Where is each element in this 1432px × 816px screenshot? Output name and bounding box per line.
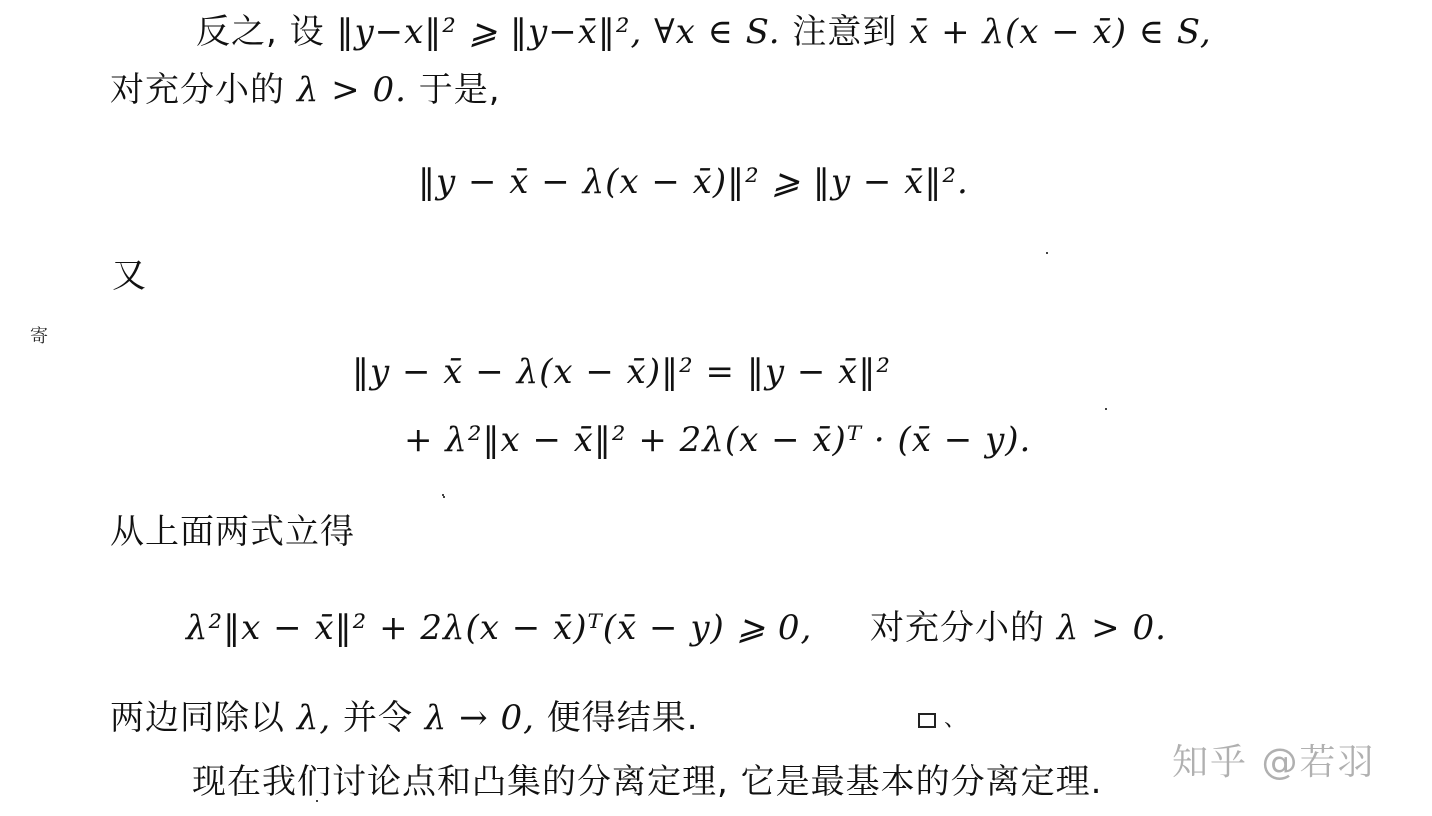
scan-speck [443,496,445,498]
paragraph-line-1: 反之, 设 ‖y−x‖² ⩾ ‖y−x̄‖², ∀x ∈ S. 注意到 x̄ +… [196,12,1212,52]
lambda-condition-math: λ > 0. [1057,608,1167,648]
next-paragraph: 现在我们讨论点和凸集的分离定理, 它是最基本的分离定理. [192,762,1102,802]
equation-3-math: λ²‖x − x̄‖² + 2λ(x − x̄)ᵀ(x̄ − y) ⩾ 0, [186,608,812,648]
conclusion-line: 两边同除以 λ, 并令 λ → 0, 便得结果. [110,698,699,738]
scan-speck [1105,408,1107,410]
scan-speck [316,800,318,802]
again-label: 又 [112,256,147,296]
equation-1: ‖y − x̄ − λ(x − x̄)‖² ⩾ ‖y − x̄‖². [418,162,969,202]
text-fragment: 反之, 设 [196,12,336,52]
text-fragment: 两边同除以 [110,698,297,738]
text-fragment: 对充分小的 [870,608,1057,648]
text-fragment: 并令 [343,698,425,738]
equation-2-line-1: ‖y − x̄ − λ(x − x̄)‖² = ‖y − x̄‖² [352,352,891,392]
margin-mark: 寄 [30,322,48,348]
equation-2-line-2: + λ²‖x − x̄‖² + 2λ(x − x̄)ᵀ · (x̄ − y). [404,420,1031,460]
paragraph-line-2: 对充分小的 λ > 0. 于是, [110,70,501,110]
text-fragment: 便得结果. [547,698,699,738]
lambda-math: λ, [297,698,331,738]
qed-suffix: 、 [944,700,967,740]
membership-math: x̄ + λ(x − x̄) ∈ S, [909,12,1211,52]
text-fragment: 注意到 [792,12,909,52]
zhihu-watermark: 知乎 @若羽 [1172,734,1375,785]
scan-speck [1046,252,1048,254]
text-fragment: 于是, [419,70,501,110]
qed-box-icon [918,713,936,728]
equation-3: λ²‖x − x̄‖² + 2λ(x − x̄)ᵀ(x̄ − y) ⩾ 0, 对… [186,608,1167,648]
limit-math: λ → 0, [425,698,535,738]
inequality-math: ‖y−x‖² ⩾ ‖y−x̄‖², ∀x ∈ S. [336,12,780,52]
lambda-condition-math: λ > 0. [297,70,407,110]
text-fragment: 对充分小的 [110,70,297,110]
derive-label: 从上面两式立得 [110,512,355,552]
